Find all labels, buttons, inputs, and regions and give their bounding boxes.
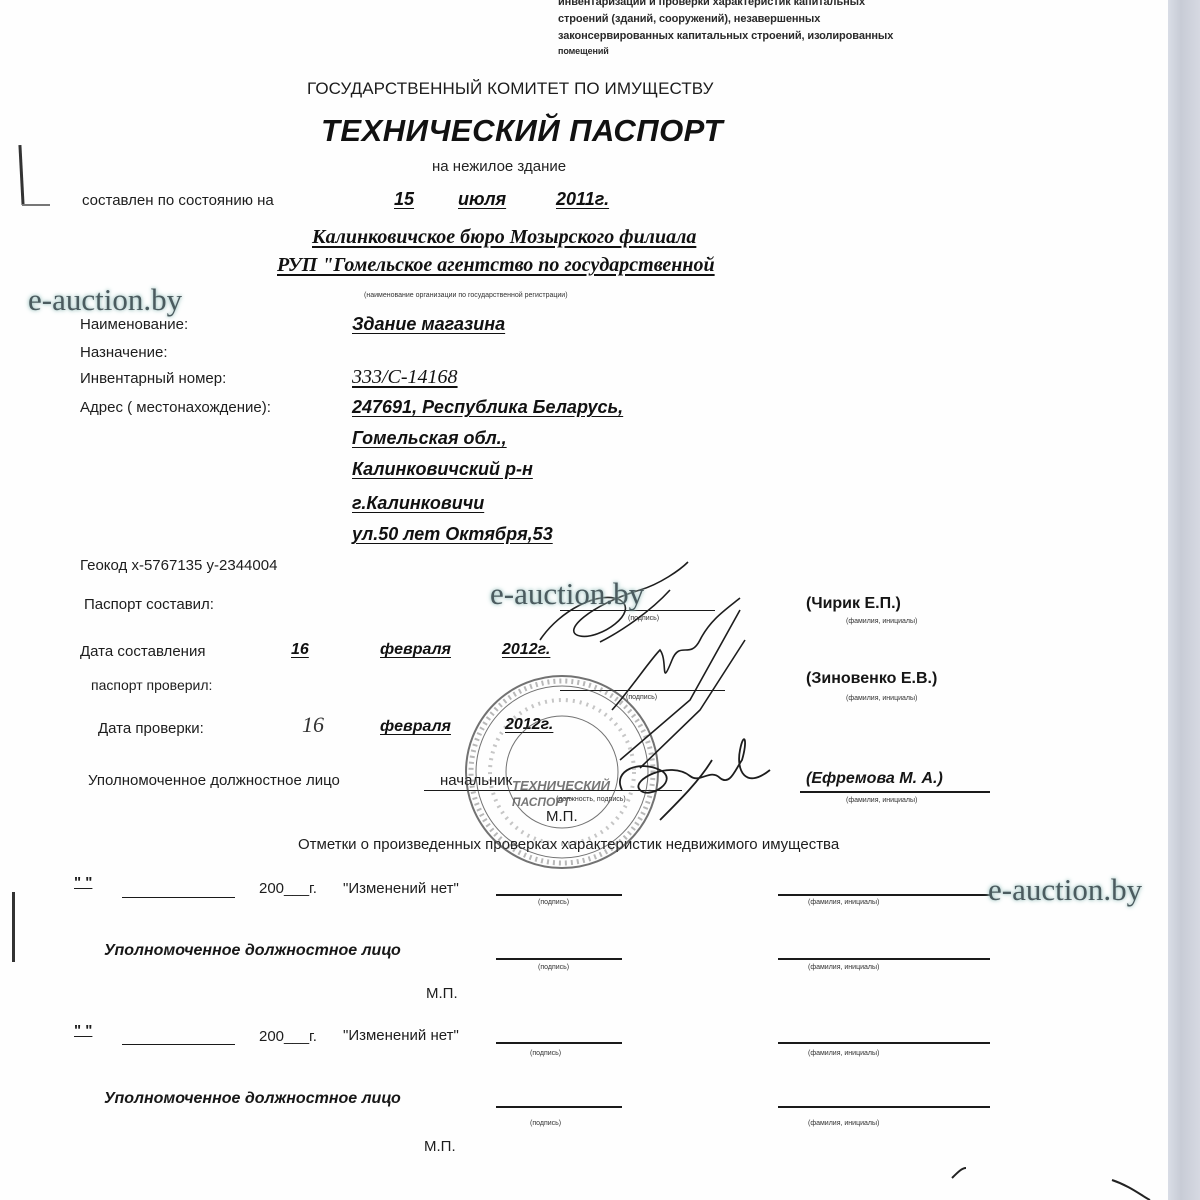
authorized-seal-mark: М.П.	[546, 808, 578, 825]
compiled-by-label: Паспорт составил:	[84, 596, 214, 613]
state-date-day: 15	[394, 189, 414, 210]
check-entry-date-line	[122, 1044, 235, 1045]
authorized-name-line	[800, 791, 990, 793]
check-entry-official-name-caption: (фамилия, инициалы)	[808, 1120, 879, 1127]
check-entry-status: "Изменений нет"	[343, 880, 459, 897]
purpose-label: Назначение:	[80, 344, 168, 361]
organization-caption: (наименование организации по государстве…	[364, 292, 568, 299]
checked-name-caption: (фамилия, инициалы)	[846, 695, 917, 702]
check-date-month: февраля	[380, 718, 451, 736]
margin-bracket-top-foot	[22, 204, 50, 206]
corner-scribble-icon	[952, 1168, 1150, 1200]
authorized-position-caption: (должность, подпись)	[556, 796, 626, 803]
document-title: ТЕХНИЧЕСКИЙ ПАСПОРТ	[321, 113, 723, 149]
margin-bracket-top	[18, 145, 24, 205]
authorized-official-label: Уполномоченное должностное лицо	[88, 772, 340, 789]
compiled-signature-caption: (подпись)	[628, 615, 659, 622]
organization-line-1: Калинковичское бюро Мозырского филиала	[312, 226, 696, 249]
header-note-line: строений (зданий, сооружений), незаверше…	[558, 11, 893, 28]
check-date-year: 2012г.	[505, 716, 553, 734]
header-note-line: инвентаризации и проверки характеристик …	[558, 0, 893, 11]
address-line: Гомельская обл.,	[352, 428, 507, 449]
check-entry-year: 200___г.	[259, 1028, 317, 1045]
check-entry-signature-caption: (подпись)	[538, 899, 569, 906]
check-entry-name-caption: (фамилия, инициалы)	[808, 1050, 879, 1057]
state-date-year: 2011г.	[556, 189, 609, 210]
check-entry-status: "Изменений нет"	[343, 1027, 459, 1044]
organization-line-2: РУП "Гомельское агентство по государстве…	[277, 254, 715, 277]
check-entry-official-label: Уполномоченное должностное лицо	[104, 1090, 401, 1108]
document-subtitle: на нежилое здание	[432, 158, 566, 175]
check-entry-official-signature-line	[496, 958, 622, 960]
check-entry-signature-line	[496, 894, 622, 896]
address-line: Калинковичский р-н	[352, 459, 533, 480]
checked-by-name: (Зиновенко Е.В.)	[806, 670, 937, 688]
document-page: инвентаризации и проверки характеристик …	[0, 0, 1168, 1200]
compiled-name-caption: (фамилия, инициалы)	[846, 618, 917, 625]
check-entry-official-signature-line	[496, 1106, 622, 1108]
checked-signature-line	[560, 690, 725, 691]
check-entry-signature-caption: (подпись)	[530, 1050, 561, 1057]
checked-signature-caption: (подпись)	[626, 694, 657, 701]
check-entry-name-caption: (фамилия, инициалы)	[808, 899, 879, 906]
check-entry-seal-mark: М.П.	[424, 1138, 456, 1155]
check-entry-official-signature-caption: (подпись)	[538, 964, 569, 971]
inventory-label: Инвентарный номер:	[80, 370, 226, 387]
committee-heading: ГОСУДАРСТВЕННЫЙ КОМИТЕТ ПО ИМУЩЕСТВУ	[307, 79, 714, 99]
signature-zinovenko-icon	[612, 598, 745, 768]
check-entry-year: 200___г.	[259, 880, 317, 897]
address-label: Адрес ( местонахождение):	[80, 399, 271, 416]
watermark: e-auction.by	[988, 872, 1142, 908]
authorized-name-caption: (фамилия, инициалы)	[846, 797, 917, 804]
check-entry-date-line	[122, 897, 235, 898]
header-note: инвентаризации и проверки характеристик …	[558, 0, 893, 57]
inventory-value: 333/С-14168	[352, 366, 458, 389]
check-entry-official-signature-caption: (подпись)	[530, 1120, 561, 1127]
check-date-label: Дата проверки:	[98, 720, 204, 737]
check-entry-name-line	[778, 894, 990, 896]
header-note-line: помещений	[558, 45, 893, 57]
margin-bracket-bottom	[12, 892, 15, 962]
watermark: e-auction.by	[28, 282, 182, 318]
check-entry-official-name-caption: (фамилия, инициалы)	[808, 964, 879, 971]
check-entry-quote: " "	[74, 874, 92, 891]
checked-by-label: паспорт проверил:	[91, 677, 212, 693]
name-label: Наименование:	[80, 316, 188, 333]
header-note-line: законсервированных капитальных строений,…	[558, 28, 893, 45]
watermark: e-auction.by	[490, 576, 644, 612]
check-entry-official-name-line	[778, 1106, 990, 1108]
compile-date-day: 16	[291, 641, 309, 659]
authorized-official-name: (Ефремова М. А.)	[806, 770, 943, 788]
check-entry-name-line	[778, 1042, 990, 1044]
geocode: Геокод x-5767135 y-2344004	[80, 557, 277, 574]
checks-heading: Отметки о произведенных проверках характ…	[298, 836, 839, 853]
address-line: г.Калинковичи	[352, 493, 484, 514]
check-entry-seal-mark: М.П.	[426, 985, 458, 1002]
check-entry-quote: " "	[74, 1022, 92, 1039]
compile-date-month: февраля	[380, 641, 451, 659]
check-entry-signature-line	[496, 1042, 622, 1044]
address-line: ул.50 лет Октября,53	[352, 524, 553, 545]
state-date-label: составлен по состоянию на	[82, 192, 274, 209]
authorized-position-line	[424, 790, 682, 791]
name-value: Здание магазина	[352, 314, 505, 335]
compile-date-label: Дата составления	[80, 643, 205, 660]
check-entry-official-label: Уполномоченное должностное лицо	[104, 942, 401, 960]
check-entry-official-name-line	[778, 958, 990, 960]
scan-edge-strip	[1168, 0, 1200, 1200]
state-date-month: июля	[458, 189, 506, 210]
compiled-by-name: (Чирик Е.П.)	[806, 595, 901, 613]
authorized-position: начальник	[440, 772, 512, 789]
check-date-day-handwritten: 16	[302, 712, 324, 738]
compile-date-year: 2012г.	[502, 641, 550, 659]
signature-efremova-icon	[620, 739, 770, 820]
address-line: 247691, Республика Беларусь,	[352, 397, 623, 418]
